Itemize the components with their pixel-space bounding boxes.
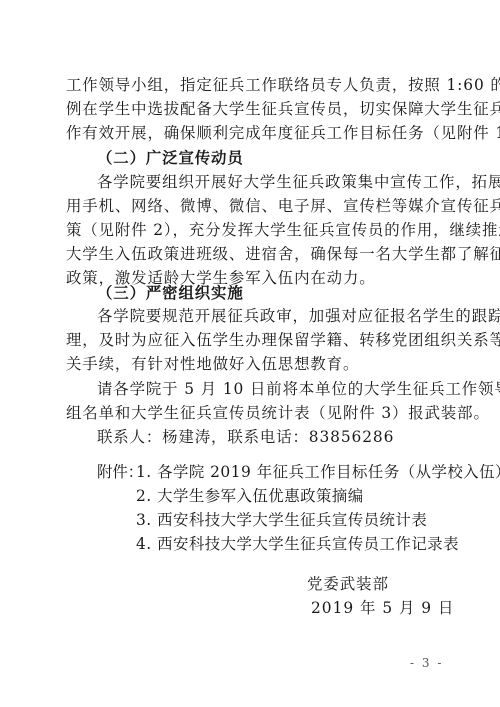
body-line: 例在学生中选拔配备大学生征兵宣传员，切实保障大学生征兵工 <box>66 99 438 119</box>
body-line: 请各学院于 5 月 10 日前将本单位的大学生征兵工作领导小 <box>97 379 438 399</box>
body-line: 关手续，有针对性地做好入伍思想教育。 <box>66 354 438 374</box>
body-line: 大学生入伍政策进班级、进宿舍，确保每一名大学生都了解征兵 <box>66 244 438 264</box>
body-line: 用手机、网络、微博、微信、电子屏、宣传栏等媒介宣传征兵政 <box>66 196 438 216</box>
contact-line: 联系人：杨建涛，联系电话：83856286 <box>97 427 438 447</box>
attachment-item: 1. 各学院 2019 年征兵工作目标任务（从学校入伍） <box>136 462 500 482</box>
body-line: 理，及时为应征入伍学生办理保留学籍、转移党团组织关系等相 <box>66 330 438 350</box>
signature-date: 2019 年 5 月 9 日 <box>311 598 454 618</box>
body-line: 作有效开展，确保顺利完成年度征兵工作目标任务（见附件 1）。 <box>66 123 438 143</box>
attachment-item: 4. 西安科技大学大学生征兵宣传员工作记录表 <box>136 534 459 554</box>
attachment-item: 2. 大学生参军入伍优惠政策摘编 <box>136 486 364 506</box>
section-heading-organization: （三）严密组织实施 <box>97 283 438 303</box>
page-number: - 3 - <box>410 656 443 670</box>
attachment-item: 3. 西安科技大学大学生征兵宣传员统计表 <box>136 510 427 530</box>
signature-org: 党委武装部 <box>307 574 389 594</box>
body-line: 组名单和大学生征兵宣传员统计表（见附件 3）报武装部。 <box>66 403 438 423</box>
body-line: 工作领导小组，指定征兵工作联络员专人负责，按照 1:60 的比 <box>66 75 438 95</box>
document-page: 工作领导小组，指定征兵工作联络员专人负责，按照 1:60 的比 例在学生中选拔配… <box>0 0 500 707</box>
section-heading-publicity: （二）广泛宣传动员 <box>97 148 438 168</box>
body-line: 各学院要组织开展好大学生征兵政策集中宣传工作，拓展运 <box>97 172 438 192</box>
body-line: 策（见附件 2），充分发挥大学生征兵宣传员的作用，继续推进 <box>66 220 438 240</box>
body-line: 各学院要规范开展征兵政审，加强对应征报名学生的跟踪管 <box>97 306 438 326</box>
